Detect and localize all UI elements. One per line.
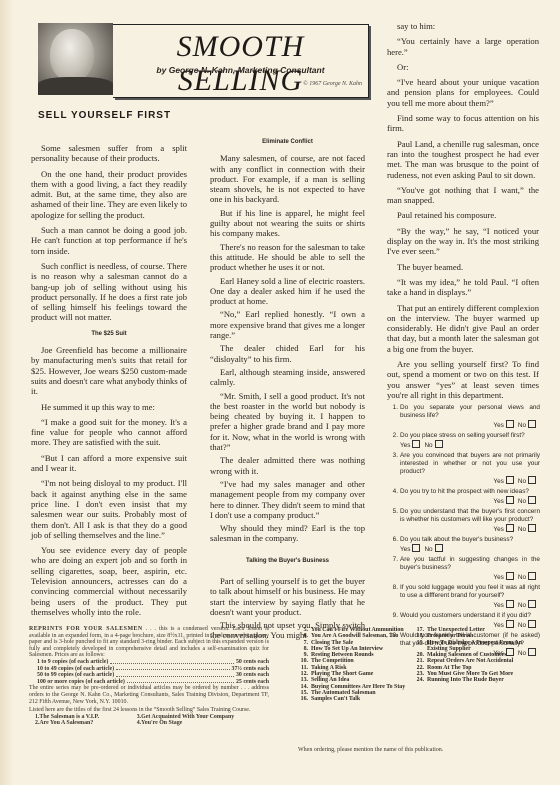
question-text: Do you separate your personal views and … — [400, 404, 540, 430]
lesson-title: The Salesman is a V.I.P. — [39, 714, 99, 720]
yes-label: Yes — [400, 442, 410, 449]
no-checkbox[interactable] — [528, 572, 536, 580]
subhead-buyers-business: Talking the Buyer's Business — [210, 556, 365, 566]
question-label: Do you understand that the buyer's first… — [400, 508, 540, 523]
lesson-number: 16. — [296, 696, 308, 702]
price-quantity: 100 or more copies (of each article) — [37, 679, 125, 686]
yes-checkbox[interactable] — [506, 600, 514, 608]
lesson-item: 16.Samples Can't Talk — [296, 696, 411, 702]
quiz-question: 7.Are you tactful in suggesting changes … — [388, 556, 540, 582]
question-text: Do you understand that the buyer's first… — [400, 508, 540, 534]
paragraph: Part of selling yourself is to get the b… — [210, 576, 365, 617]
yes-label: Yes — [400, 546, 410, 553]
paragraph: The dealer chided Earl for his “disloyal… — [210, 343, 365, 364]
author-shoulders — [38, 77, 113, 95]
yes-checkbox[interactable] — [506, 524, 514, 532]
price-value: 30 cents each — [236, 672, 269, 679]
question-text: Are you convinced that buyers are not pr… — [400, 452, 540, 486]
question-label: Do you place stress on selling yourself … — [400, 432, 525, 439]
yes-label: Yes — [493, 422, 503, 429]
price-value: 37½ cents each — [232, 666, 269, 673]
yes-checkbox[interactable] — [506, 572, 514, 580]
quiz-question: 2.Do you place stress on selling yoursel… — [388, 432, 540, 450]
answer-options: YesNo — [400, 572, 540, 582]
price-list: 1 to 9 copies (of each article)50 cents … — [29, 659, 269, 685]
no-label: No — [518, 526, 526, 533]
question-label: If you sold luggage would you feel it wa… — [400, 584, 540, 599]
paragraph: “Mr. Smith, I sell a good product. It's … — [210, 391, 365, 453]
paragraph: Or: — [387, 62, 539, 72]
paragraph: He summed it up this way to me: — [31, 402, 187, 412]
reprints-box: REPRINTS FOR YOUR SALESMEN . . . this is… — [29, 626, 269, 727]
question-label: Do you try to hit the prospect with new … — [400, 488, 529, 495]
question-text: Do you place stress on selling yourself … — [400, 432, 540, 450]
no-label: No — [518, 422, 526, 429]
paragraph: Some salesmen suffer from a split person… — [31, 143, 187, 164]
leader-dots — [116, 666, 229, 671]
paragraph: The buyer beamed. — [387, 262, 539, 272]
lessons-list-b: 5.You Can't Fire Without Ammunition6.You… — [296, 627, 411, 703]
no-checkbox[interactable] — [435, 440, 443, 448]
title-box: SMOOTH SELLING by George N. Kahn, Market… — [113, 24, 369, 98]
quiz-question: 6.Do you talk about the buyer's business… — [388, 536, 540, 554]
price-quantity: 1 to 9 copies (of each article) — [37, 659, 108, 666]
paragraph: That put an entirely different complexio… — [387, 303, 539, 354]
copyright: © 1967 George N. Kahn — [303, 81, 362, 87]
no-checkbox[interactable] — [528, 496, 536, 504]
quiz-question: 8.If you sold luggage would you feel it … — [388, 584, 540, 610]
question-text: If you sold luggage would you feel it wa… — [400, 584, 540, 610]
question-label: Are you convinced that buyers are not pr… — [400, 452, 540, 475]
paragraph: “I've heard about your unique vacation a… — [387, 77, 539, 108]
paragraph: The dealer admitted there was nothing wr… — [210, 455, 365, 476]
yes-label: Yes — [493, 478, 503, 485]
lesson-item: 4.You're On Stage — [137, 720, 269, 727]
lessons-list-c: 17.The Unexpected Letter18.Prospect or P… — [412, 627, 530, 684]
yes-checkbox[interactable] — [412, 440, 420, 448]
no-label: No — [518, 478, 526, 485]
price-value: 50 cents each — [236, 659, 269, 666]
price-row: 1 to 9 copies (of each article)50 cents … — [29, 659, 269, 666]
paragraph: But if his line is apparel, he might fee… — [210, 208, 365, 239]
no-checkbox[interactable] — [528, 524, 536, 532]
yes-label: Yes — [493, 498, 503, 505]
paragraph: Paul retained his composure. — [387, 210, 539, 220]
price-row: 50 to 99 copies (of each article)30 cent… — [29, 672, 269, 679]
lesson-item: 24.Running Into The Rude Buyer — [412, 677, 530, 683]
answer-options: YesNo — [400, 524, 540, 534]
paragraph: “You've got nothing that I want,” the ma… — [387, 185, 539, 206]
question-label: Are you tactful in suggesting changes in… — [400, 556, 540, 571]
paragraph: “I've had my sales manager and other man… — [210, 479, 365, 520]
page-edge — [0, 0, 14, 785]
lessons-list-a: 1.The Salesman is a V.I.P.3.Get Acquaint… — [29, 714, 269, 727]
yes-label: Yes — [493, 574, 503, 581]
paragraph: There's no reason for the salesman to ta… — [210, 242, 365, 273]
paragraph: say to him: — [387, 21, 539, 31]
question-number: 5. — [388, 508, 398, 534]
answer-options: YesNo — [400, 420, 540, 430]
col3-paragraphs: say to him:“You certainly have a large o… — [387, 21, 539, 400]
question-number: 7. — [388, 556, 398, 582]
price-value: 25 cents each — [236, 679, 269, 686]
col1b-paragraphs: Joe Greenfield has become a millionaire … — [31, 345, 187, 617]
subhead-25-suit: The $25 Suit — [31, 329, 187, 339]
lesson-title: Get Acquainted With Your Company — [141, 714, 234, 720]
column-3: say to him:“You certainly have a large o… — [387, 3, 539, 405]
no-label: No — [518, 574, 526, 581]
question-label: Would you customers understand it if you… — [400, 612, 531, 619]
question-text: Do you talk about the buyer's business?Y… — [400, 536, 540, 554]
col1-paragraphs: Some salesmen suffer from a split person… — [31, 143, 187, 323]
paragraph: “By the way,” he say, “I noticed your di… — [387, 226, 539, 257]
price-row: 100 or more copies (of each article)25 c… — [29, 679, 269, 686]
column-2: Eliminate Conflict Many salesmen, of cou… — [210, 137, 365, 644]
leader-dots — [110, 659, 234, 664]
yes-label: Yes — [493, 602, 503, 609]
answer-options: YesNo — [400, 600, 540, 610]
question-number: 8. — [388, 584, 398, 610]
leader-dots — [116, 672, 234, 677]
question-number: 6. — [388, 536, 398, 554]
lesson-item: 3.Get Acquainted With Your Company — [137, 714, 269, 721]
paragraph: Why should they mind? Earl is the top sa… — [210, 523, 365, 544]
ordering-note: When ordering, please mention the name o… — [298, 747, 443, 753]
lesson-number: 24. — [412, 677, 424, 683]
paragraph: Are you selling yourself first? To find … — [387, 359, 539, 400]
no-label: No — [518, 498, 526, 505]
author-photo — [38, 23, 113, 95]
answer-options: YesNo — [400, 496, 540, 506]
yes-checkbox[interactable] — [506, 476, 514, 484]
leader-dots — [127, 679, 234, 684]
quiz-question: 5.Do you understand that the buyer's fir… — [388, 508, 540, 534]
yes-checkbox[interactable] — [506, 420, 514, 428]
question-text: Are you tactful in suggesting changes in… — [400, 556, 540, 582]
no-label: No — [424, 442, 432, 449]
paragraph: On the one hand, their product provides … — [31, 169, 187, 220]
no-checkbox[interactable] — [528, 600, 536, 608]
article-title: SELL YOURSELF FIRST — [38, 110, 171, 121]
paragraph: Find some way to focus attention on his … — [387, 113, 539, 134]
column-header: SMOOTH SELLING by George N. Kahn, Market… — [38, 23, 370, 98]
paragraph: “I'm not being disloyal to my product. I… — [31, 478, 187, 540]
no-checkbox[interactable] — [435, 544, 443, 552]
paragraph: Many salesmen, of course, are not faced … — [210, 153, 365, 204]
paragraph: You see evidence every day of people who… — [31, 545, 187, 617]
quiz-question: 1.Do you separate your personal views an… — [388, 404, 540, 430]
paragraph: Such a man cannot be doing a good job. H… — [31, 225, 187, 256]
answer-options: YesNo — [400, 476, 540, 486]
no-label: No — [424, 546, 432, 553]
no-checkbox[interactable] — [528, 420, 536, 428]
lesson-number: 19. — [412, 640, 424, 653]
lesson-item: 1.The Salesman is a V.I.P. — [35, 714, 137, 721]
listed-text: Listed here are the titles of the first … — [29, 707, 269, 714]
lesson-title: Are You A Salesman? — [39, 720, 93, 726]
col2-paragraphs: Many salesmen, of course, are not faced … — [210, 153, 365, 543]
byline: by George N. Kahn, Marketing Consultant — [113, 65, 368, 75]
question-text: Do you try to hit the prospect with new … — [400, 488, 540, 506]
question-label: Do you separate your personal views and … — [400, 404, 540, 419]
yes-label: Yes — [493, 526, 503, 533]
author-head — [50, 29, 94, 81]
order-text: The entire series may be pre-ordered or … — [29, 685, 269, 705]
quiz-question: 4.Do you try to hit the prospect with ne… — [388, 488, 540, 506]
yes-checkbox[interactable] — [506, 496, 514, 504]
lesson-title: Running Into The Rude Buyer — [427, 677, 504, 683]
quiz-question: 3.Are you convinced that buyers are not … — [388, 452, 540, 486]
lesson-item: 2.Are You A Salesman? — [35, 720, 137, 727]
question-number: 4. — [388, 488, 398, 506]
paragraph: Earl, although steaming inside, answered… — [210, 367, 365, 388]
paragraph: “You certainly have a large operation he… — [387, 36, 539, 57]
no-checkbox[interactable] — [528, 476, 536, 484]
lesson-title: You're On Stage — [141, 720, 182, 726]
no-label: No — [518, 602, 526, 609]
self-test-quiz: 1.Do you separate your personal views an… — [388, 404, 540, 660]
paragraph: Paul Land, a chenille rug salesman, once… — [387, 139, 539, 180]
column-1: Some salesmen suffer from a split person… — [31, 143, 187, 622]
paragraph: Earl Haney sold a line of electric roast… — [210, 276, 365, 307]
column-title: SMOOTH SELLING — [113, 30, 368, 98]
paragraph: “But I can afford a more expensive suit … — [31, 453, 187, 474]
reprints-heading: REPRINTS FOR YOUR SALESMEN — [29, 626, 143, 632]
question-number: 2. — [388, 432, 398, 450]
paragraph: “I make a good suit for the money. It's … — [31, 417, 187, 448]
answer-options: YesNo — [400, 546, 447, 553]
paragraph: “It was my idea,” he told Paul. “I often… — [387, 277, 539, 298]
question-label: Do you talk about the buyer's business? — [400, 536, 513, 543]
paragraph: Such conflict is needless, of course. Th… — [31, 261, 187, 323]
lesson-title: How To Dislodge A Prospect From An Exist… — [427, 640, 530, 653]
lesson-item: 19.How To Dislodge A Prospect From An Ex… — [412, 640, 530, 653]
paragraph: “No,” Earl replied honestly. “I own a mo… — [210, 309, 365, 340]
answer-options: YesNo — [400, 442, 447, 449]
subhead-eliminate-conflict: Eliminate Conflict — [210, 137, 365, 147]
question-number: 3. — [388, 452, 398, 486]
question-number: 1. — [388, 404, 398, 430]
paragraph: Joe Greenfield has become a millionaire … — [31, 345, 187, 396]
price-quantity: 50 to 99 copies (of each article) — [37, 672, 114, 679]
lesson-title: Samples Can't Talk — [311, 696, 360, 702]
yes-checkbox[interactable] — [412, 544, 420, 552]
